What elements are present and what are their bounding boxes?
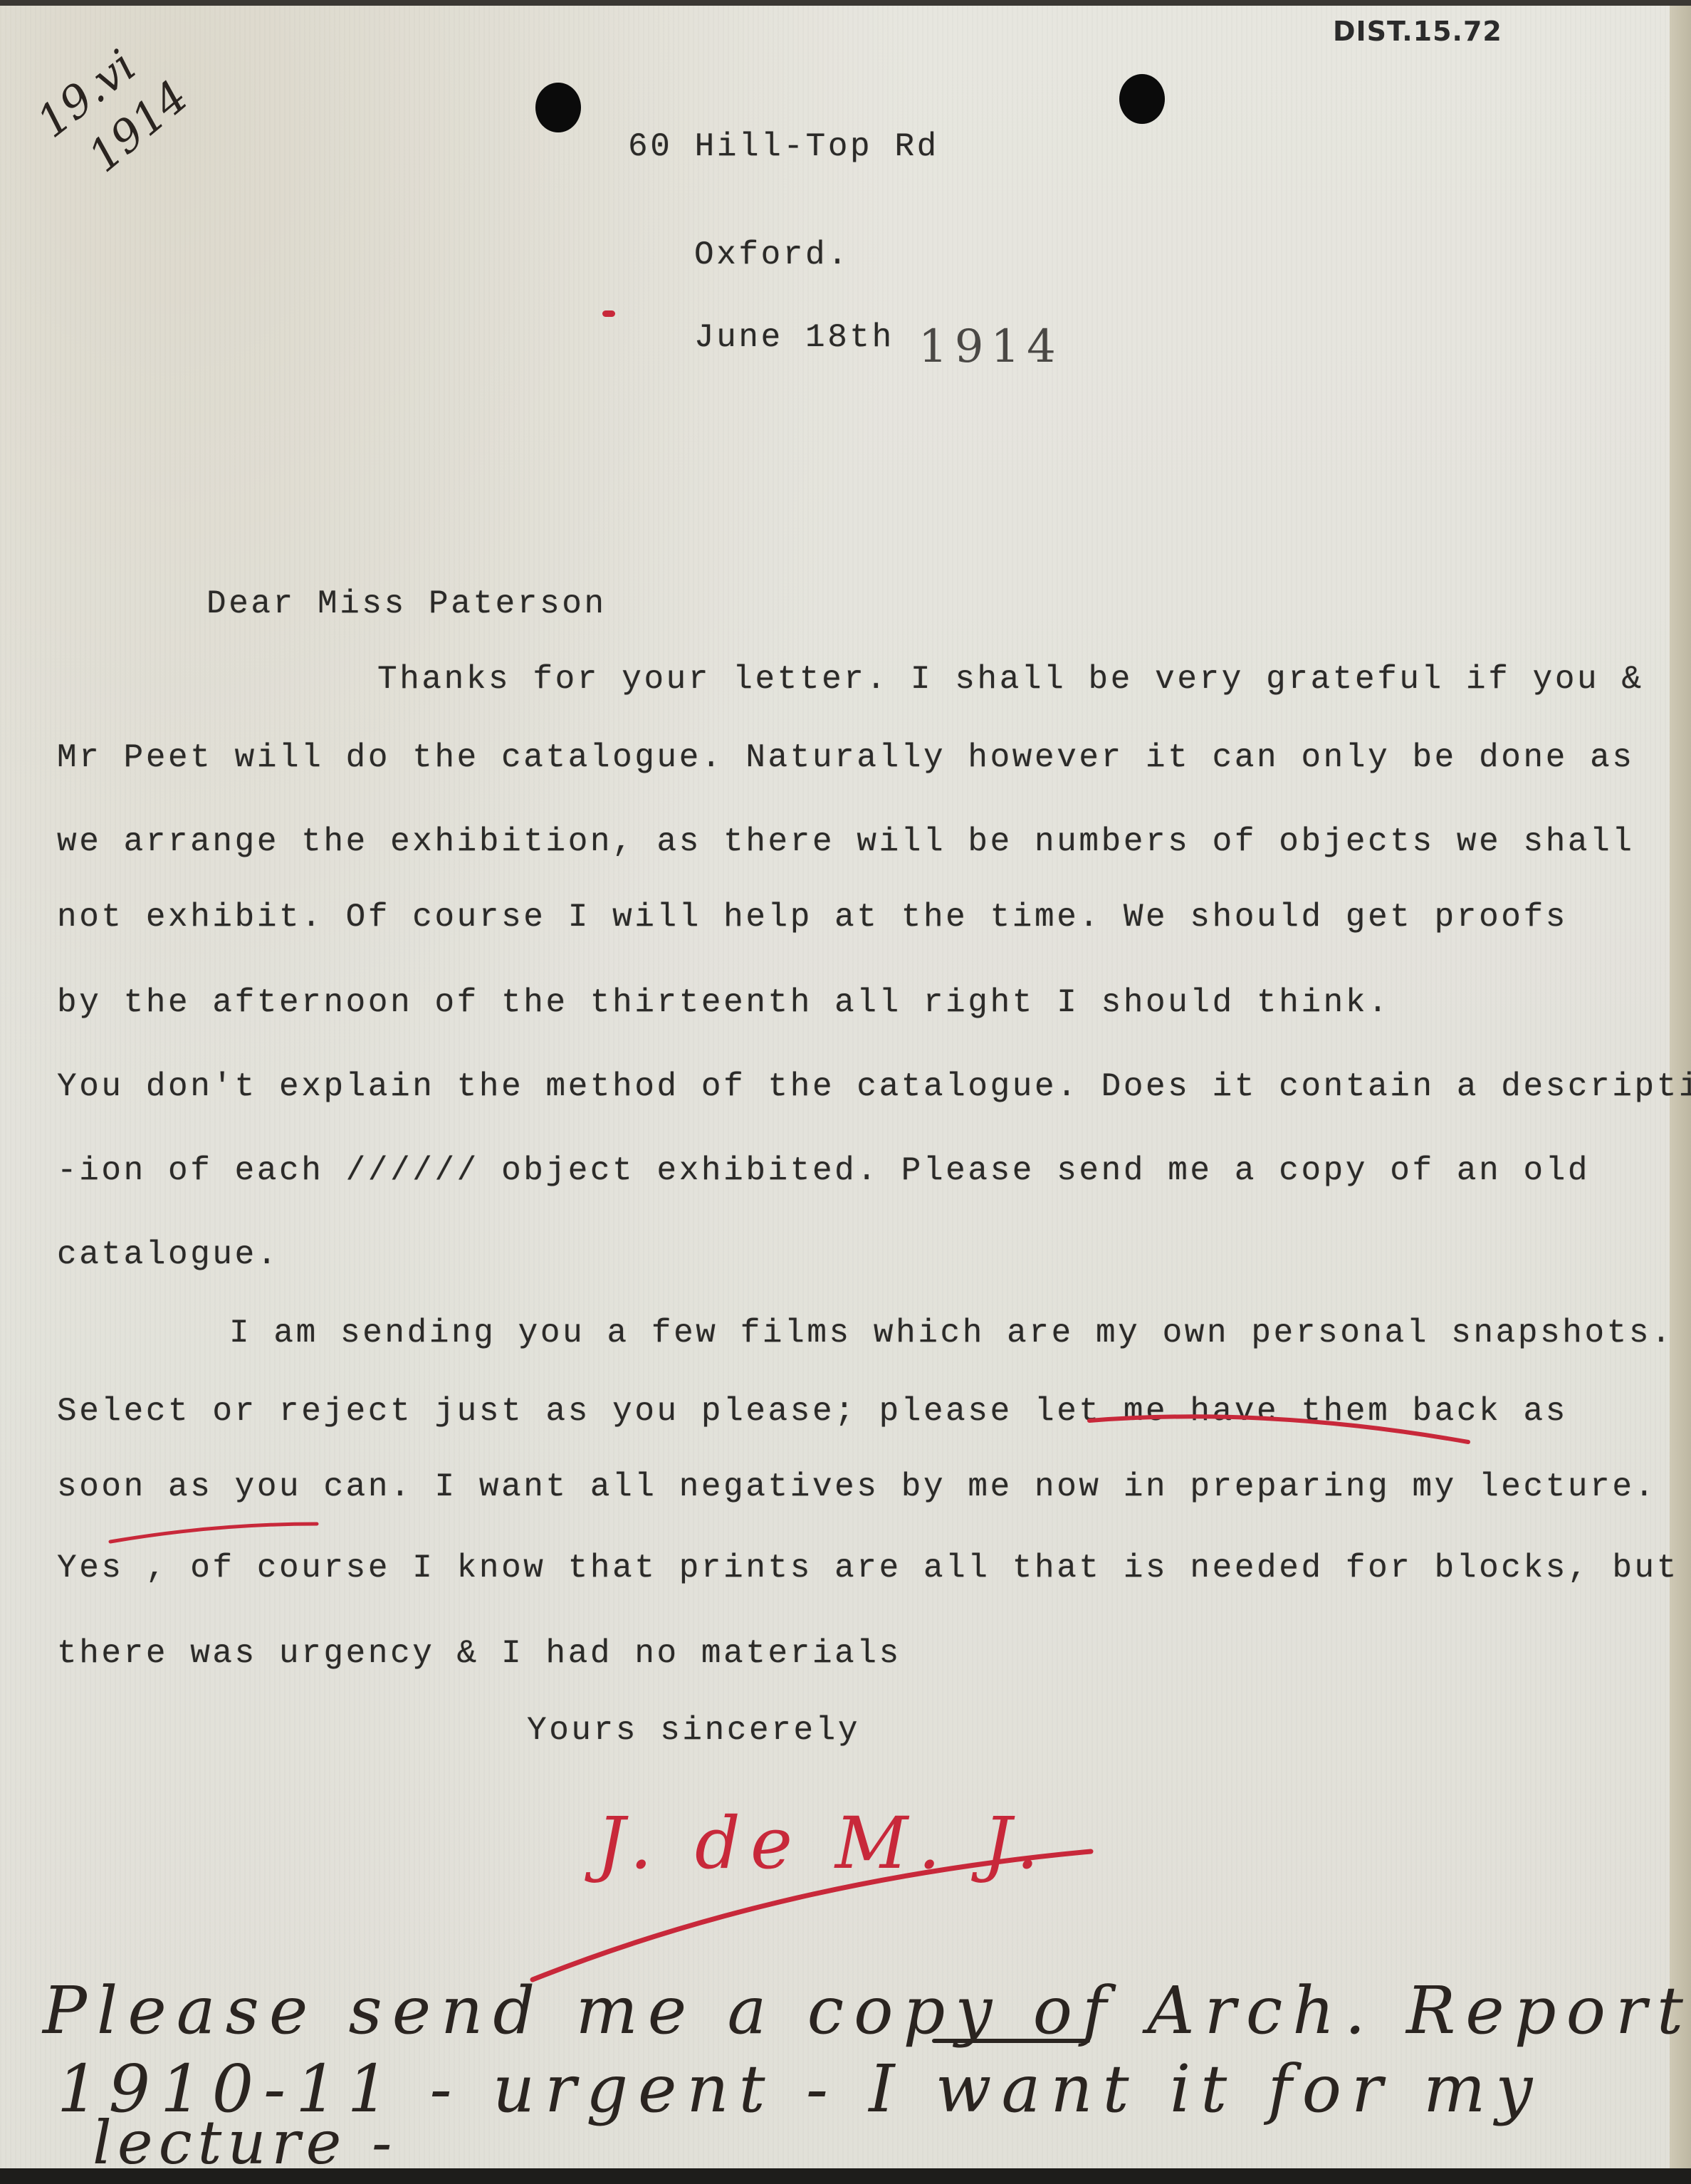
red-signature-flourish (533, 1851, 1091, 1980)
ink-markings (0, 0, 1691, 2184)
red-underline-soon-as (110, 1524, 317, 1542)
red-underline-them-back (1089, 1416, 1468, 1442)
